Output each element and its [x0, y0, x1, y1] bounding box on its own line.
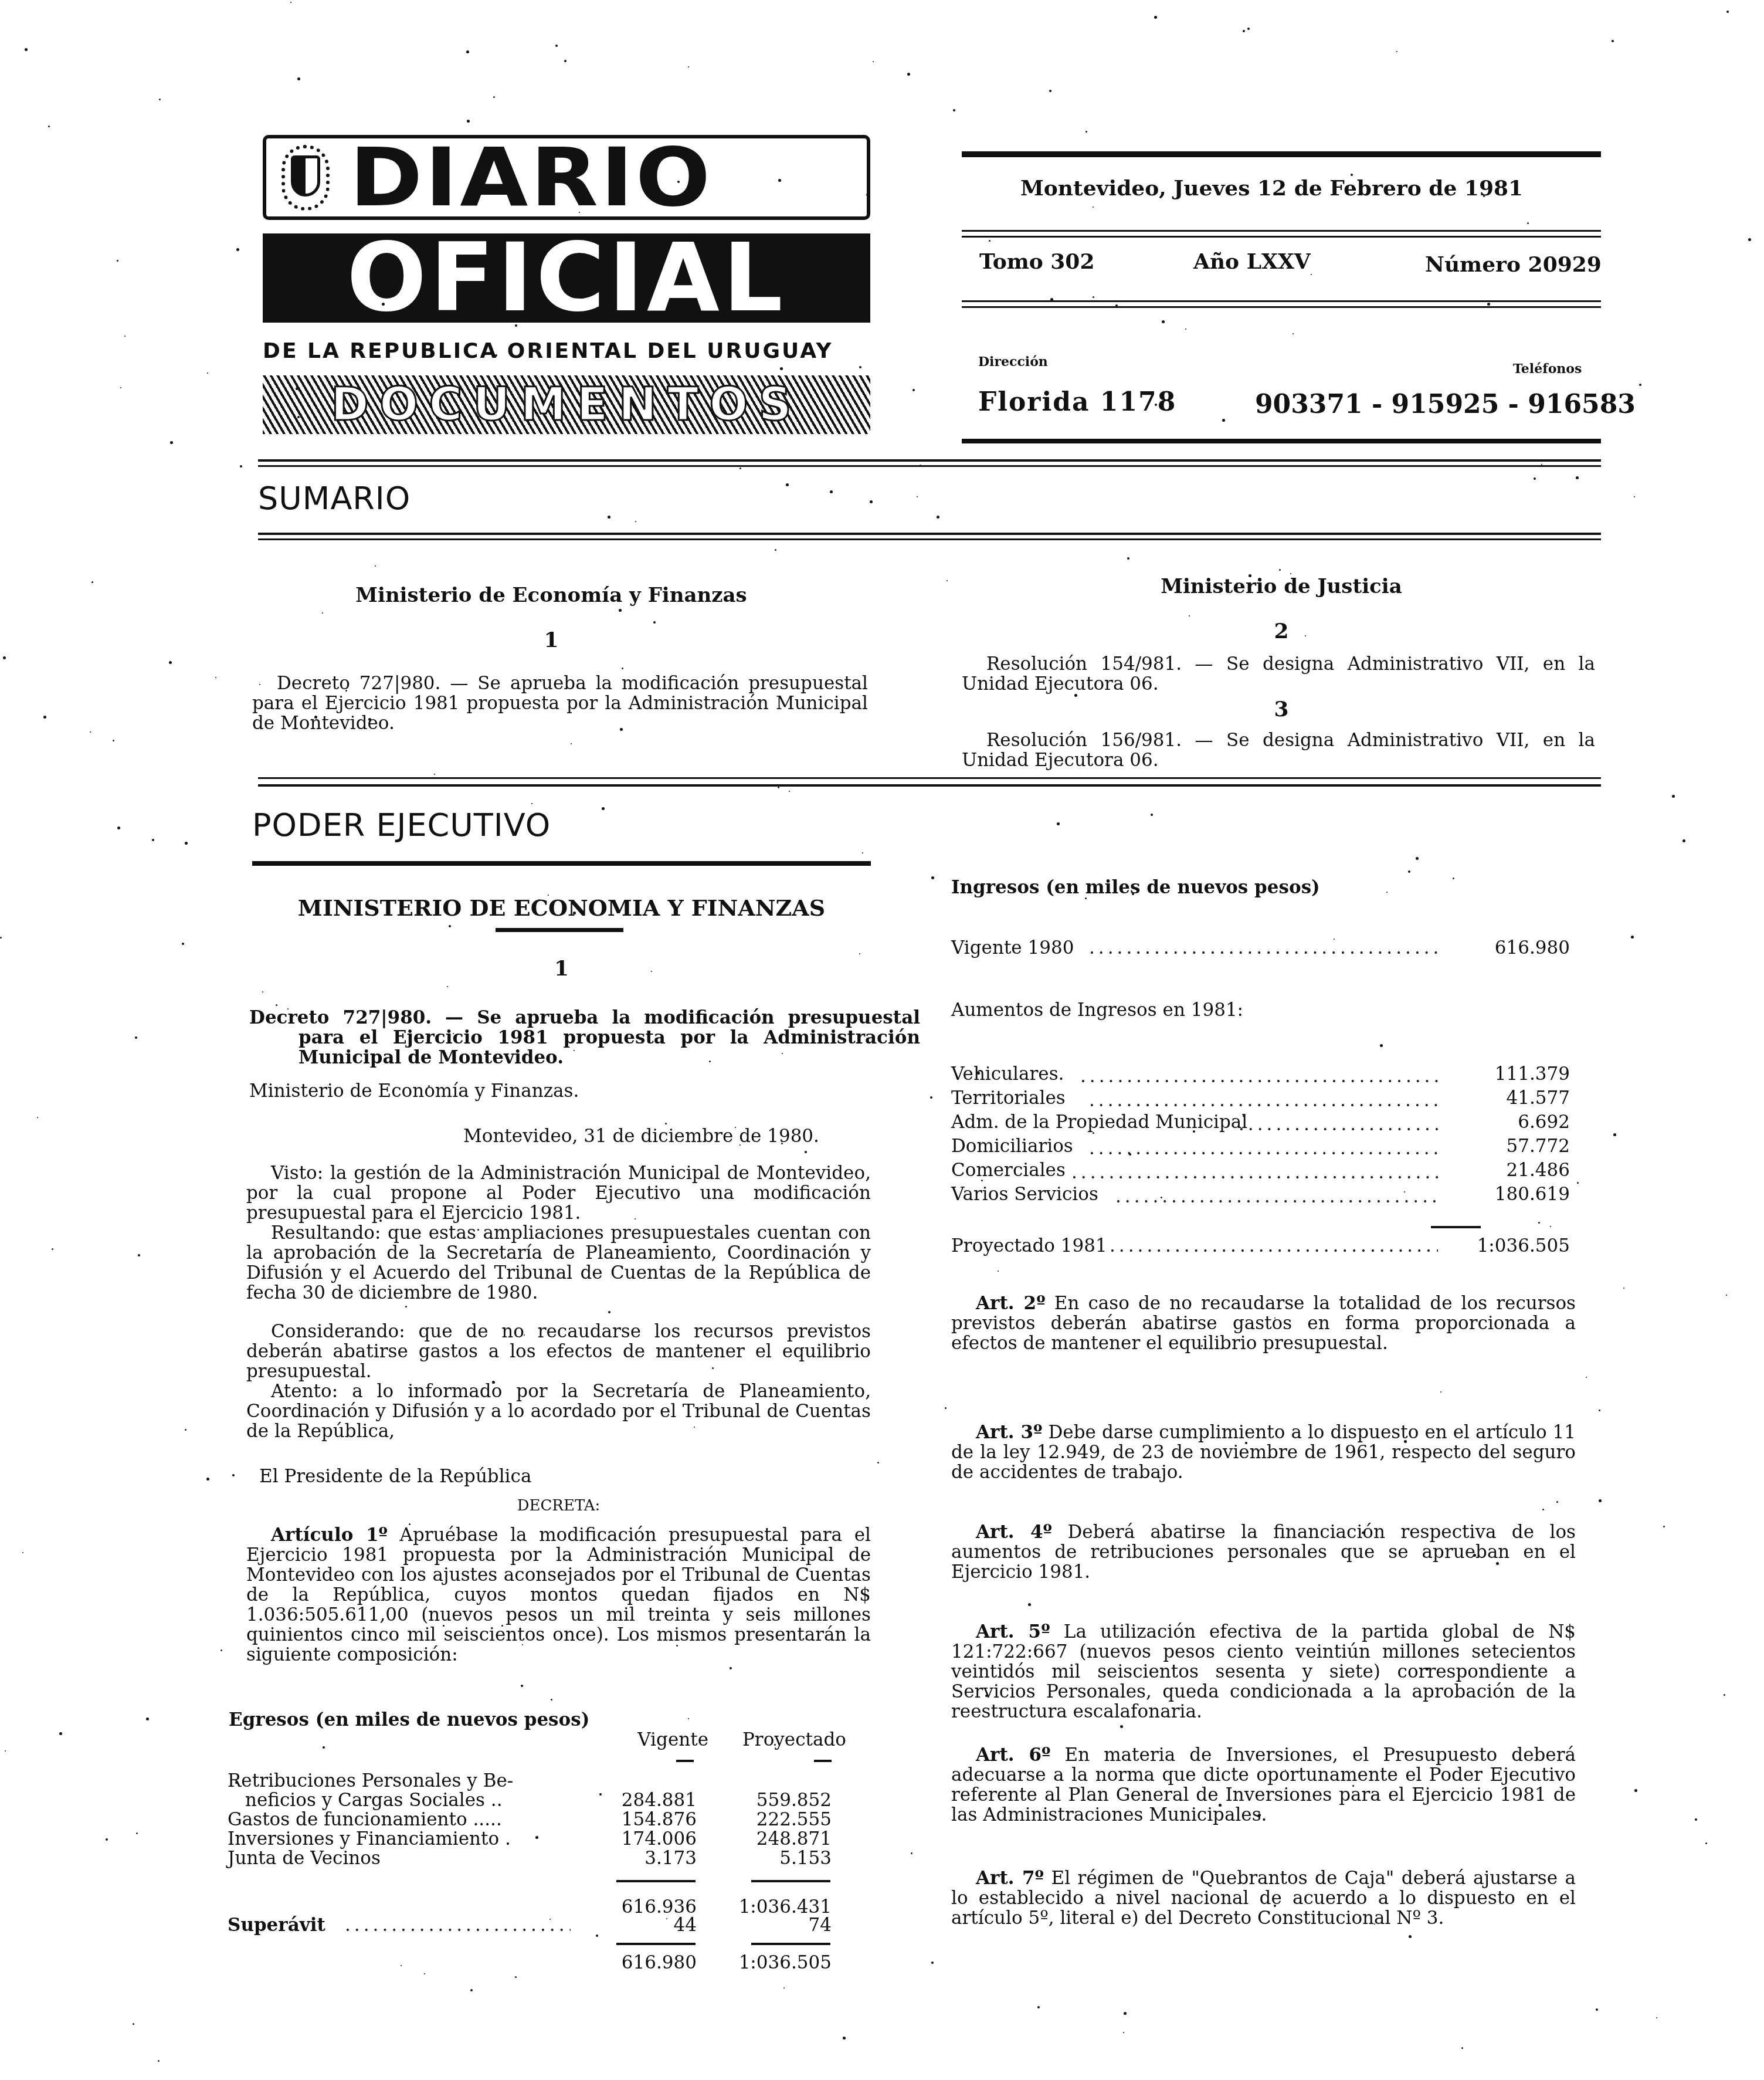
superavit-proyectado: 74 — [714, 1916, 832, 1935]
total-rule — [616, 1943, 696, 1945]
issue-numero: Número 20929 — [1425, 252, 1602, 277]
leader-dots: ........................................… — [1089, 1139, 1441, 1158]
issue-anio: Año LXXV — [1193, 249, 1311, 274]
leader-dots: ........................................… — [345, 1916, 571, 1935]
resultando-paragraph: Resultando: que estas ampliaciones presu… — [246, 1223, 871, 1303]
atento-paragraph: Atento: a lo informado por la Secretaría… — [246, 1381, 871, 1441]
column-dash — [676, 1760, 694, 1762]
ingresos-row: Comerciales.............................… — [951, 1161, 1573, 1184]
leader-dots: ........................................… — [1239, 1115, 1441, 1134]
leader-dots: ........................................… — [1080, 1067, 1441, 1086]
sumario-item-link[interactable]: Decreto 727|980. — Se aprueba la modific… — [252, 673, 868, 733]
article-label: Art. 2º — [976, 1293, 1046, 1314]
leader-dots: ........................................… — [1115, 1187, 1441, 1207]
ingresos-row-value: 57.772 — [1456, 1137, 1570, 1156]
decree-heading: Decreto 727|980. — Se aprueba la modific… — [249, 1008, 920, 1068]
article-5: Art. 5º La utilización efectiva de la pa… — [951, 1622, 1576, 1722]
article-label: Art. 7º — [976, 1868, 1044, 1889]
sumario-item-number: 3 — [962, 697, 1601, 721]
egresos-row-label: Retribuciones Personales y Be- — [228, 1771, 513, 1791]
article-7: Art. 7º El régimen de "Quebrantos de Caj… — [951, 1868, 1576, 1928]
resultando-label: Resultando: — [271, 1222, 381, 1244]
egresos-col-proyectado: Proyectado — [732, 1730, 846, 1750]
sumario-rule-bottom — [258, 784, 1601, 787]
article-4: Art. 4º Deberá abatirse la financiación … — [951, 1522, 1576, 1582]
ingresos-proyectado-label: Proyectado 1981 — [951, 1237, 1107, 1256]
article-label: Art. 6º — [976, 1744, 1051, 1766]
column-dash — [814, 1760, 832, 1762]
leader-dots: ........................................… — [1110, 1237, 1438, 1256]
ingresos-title: Ingresos (en miles de nuevos pesos) — [951, 878, 1320, 897]
sumario-item-number: 2 — [962, 619, 1601, 643]
article-text: Debe darse cumplimiento a lo dispuesto e… — [951, 1422, 1576, 1483]
header-rule — [962, 236, 1601, 238]
ingresos-row-label: Domiciliarios — [951, 1137, 1073, 1156]
ingresos-total-rule — [1431, 1226, 1481, 1228]
egresos-row-label: Junta de Vecinos — [228, 1849, 381, 1868]
superavit-vigente: 44 — [579, 1916, 697, 1935]
article-label: Art. 4º — [976, 1522, 1052, 1543]
leader-dots: ........................................… — [1089, 1091, 1441, 1110]
egresos-row-proyectado: 248.871 — [714, 1830, 832, 1849]
article-3: Art. 3º Debe darse cumplimiento a lo dis… — [951, 1422, 1576, 1482]
ingresos-row: Adm. de la Propiedad Municipal..........… — [951, 1113, 1573, 1136]
section-banner-label: DOCUMENTOS — [331, 378, 802, 431]
poder-ejecutivo-title: PODER EJECUTIVO — [252, 807, 551, 843]
decree-issuer: Ministerio de Economía y Finanzas. — [249, 1081, 871, 1101]
sumario-rule-bottom — [258, 777, 1601, 779]
sumario-rule — [258, 533, 1601, 535]
sumario-rule — [258, 465, 1601, 467]
leader-dots: ........................................… — [1071, 1163, 1441, 1183]
atento-label: Atento: — [271, 1381, 338, 1402]
ingresos-row-label: Comerciales — [951, 1161, 1066, 1180]
ingresos-row: Territoriales...........................… — [951, 1089, 1573, 1112]
issue-telefonos: 903371 - 915925 - 916583 — [1255, 389, 1636, 419]
egresos-total-proyectado: 1:036.505 — [714, 1953, 832, 1973]
egresos-row-proyectado: 5.153 — [714, 1849, 832, 1868]
egresos-total-vigente: 616.980 — [579, 1953, 697, 1973]
ministry-underline — [496, 928, 623, 932]
article-1-text: Apruébase la modificación presupuestal p… — [246, 1525, 871, 1665]
article-1: Artículo 1º Apruébase la modificación pr… — [246, 1525, 871, 1665]
total-rule — [751, 1943, 830, 1945]
visto-text: la gestión de la Administración Municipa… — [246, 1163, 871, 1224]
ministry-heading: MINISTERIO DE ECONOMIA Y FINANZAS — [252, 895, 871, 921]
egresos-row-label: neficios y Cargas Sociales .. — [245, 1791, 503, 1810]
article-text: El régimen de "Quebrantos de Caja" deber… — [951, 1868, 1576, 1929]
egresos-row-label: Inversiones y Financiamiento . — [228, 1830, 511, 1849]
egresos-row-proyectado: 559.852 — [714, 1791, 832, 1810]
ingresos-vigente-value: 616.980 — [1456, 939, 1570, 958]
atento-text: a lo informado por la Secretaría de Plan… — [246, 1381, 871, 1442]
sumario-item-link[interactable]: Resolución 156/981. — Se designa Adminis… — [962, 730, 1595, 770]
article-label: Art. 5º — [976, 1621, 1050, 1642]
telefonos-label: Teléfonos — [1513, 361, 1582, 377]
ingresos-row-label: Adm. de la Propiedad Municipal — [951, 1113, 1247, 1132]
sumario-title: SUMARIO — [258, 480, 411, 517]
issue-direccion: Florida 1178 — [978, 387, 1176, 417]
egresos-row-vigente: 174.006 — [579, 1830, 697, 1849]
ingresos-row-value: 41.577 — [1456, 1089, 1570, 1108]
superavit-label: Superávit — [228, 1916, 325, 1935]
ingresos-row-value: 6.692 — [1456, 1113, 1570, 1132]
sumario-rule — [258, 538, 1601, 540]
direccion-label: Dirección — [978, 354, 1048, 370]
egresos-row-vigente: 284.881 — [579, 1791, 697, 1810]
sumario-item-link[interactable]: Resolución 154/981. — Se designa Adminis… — [962, 654, 1595, 694]
article-1-label: Artículo 1º — [271, 1525, 388, 1546]
decree-number: 1 — [252, 956, 871, 981]
ingresos-row-value: 180.619 — [1456, 1185, 1570, 1204]
egresos-row-proyectado: 222.555 — [714, 1810, 832, 1830]
considerando-label: Considerando: — [271, 1321, 405, 1342]
leader-dots: ........................................… — [1089, 939, 1441, 958]
article-label: Art. 3º — [976, 1422, 1043, 1443]
masthead-title-line1: DIARIO — [350, 137, 713, 218]
sumario-rule — [258, 459, 1601, 462]
ingresos-row: Domiciliarios...........................… — [951, 1137, 1573, 1160]
egresos-row-vigente: 154.876 — [579, 1810, 697, 1830]
ingresos-row-label: Varios Servicios — [951, 1185, 1098, 1204]
egresos-title: Egresos (en miles de nuevos pesos) — [229, 1710, 589, 1730]
ingresos-vigente-row: Vigente 1980 ...........................… — [951, 939, 1573, 962]
aumentos-title: Aumentos de Ingresos en 1981: — [951, 1000, 1243, 1020]
ingresos-vigente-label: Vigente 1980 — [951, 939, 1074, 958]
visto-label: Visto: — [271, 1163, 323, 1184]
egresos-row-label: Gastos de funcionamiento ..... — [228, 1810, 502, 1830]
masthead-diario: DIARIO — [263, 135, 870, 220]
header-rule — [962, 306, 1601, 308]
masthead-subtitle: DE LA REPUBLICA ORIENTAL DEL URUGUAY — [263, 339, 870, 363]
subtotal-rule — [751, 1880, 830, 1882]
egresos-table: Vigente Proyectado Retribuciones Persona… — [228, 1730, 878, 1953]
article-6: Art. 6º En materia de Inversiones, el Pr… — [951, 1745, 1576, 1825]
header-rule-bottom — [962, 439, 1601, 443]
header-rule-top — [962, 151, 1601, 157]
ingresos-row-label: Vehiculares. — [951, 1065, 1064, 1084]
considerando-paragraph: Considerando: que de no recaudarse los r… — [246, 1322, 871, 1381]
subtotal-rule — [616, 1880, 696, 1882]
ingresos-row: Varios Servicios........................… — [951, 1185, 1573, 1208]
president-line: El Presidente de la República — [259, 1466, 531, 1486]
coat-of-arms-icon — [279, 143, 332, 213]
ingresos-proyectado-row: Proyectado 1981 ........................… — [951, 1237, 1573, 1260]
header-rule — [962, 300, 1601, 302]
sumario-ministry-justicia: Ministerio de Justicia — [962, 575, 1601, 598]
sumario-ministry-economia: Ministerio de Economía y Finanzas — [258, 584, 844, 607]
poder-rule — [252, 861, 871, 866]
decreta-line: DECRETA: — [246, 1496, 871, 1516]
sumario-item-number: 1 — [258, 628, 844, 652]
article-text: En caso de no recaudarse la totalidad de… — [951, 1293, 1576, 1354]
issue-dateline: Montevideo, Jueves 12 de Febrero de 1981 — [1020, 176, 1523, 201]
ingresos-row-value: 21.486 — [1456, 1161, 1570, 1180]
egresos-row-vigente: 3.173 — [579, 1849, 697, 1868]
ingresos-row-value: 111.379 — [1456, 1065, 1570, 1084]
section-banner: DOCUMENTOS — [263, 375, 870, 434]
ingresos-row: Vehiculares.............................… — [951, 1065, 1573, 1088]
decree-place-date: Montevideo, 31 de diciembre de 1980. — [463, 1126, 819, 1146]
masthead-title-line2: OFICIAL — [263, 233, 870, 323]
article-2: Art. 2º En caso de no recaudarse la tota… — [951, 1293, 1576, 1353]
visto-paragraph: Visto: la gestión de la Administración M… — [246, 1163, 871, 1223]
ingresos-row-label: Territoriales — [951, 1089, 1066, 1108]
issue-tomo: Tomo 302 — [979, 249, 1094, 274]
ingresos-proyectado-value: 1:036.505 — [1438, 1237, 1570, 1256]
egresos-col-vigente: Vigente — [620, 1730, 708, 1750]
header-rule — [962, 230, 1601, 232]
